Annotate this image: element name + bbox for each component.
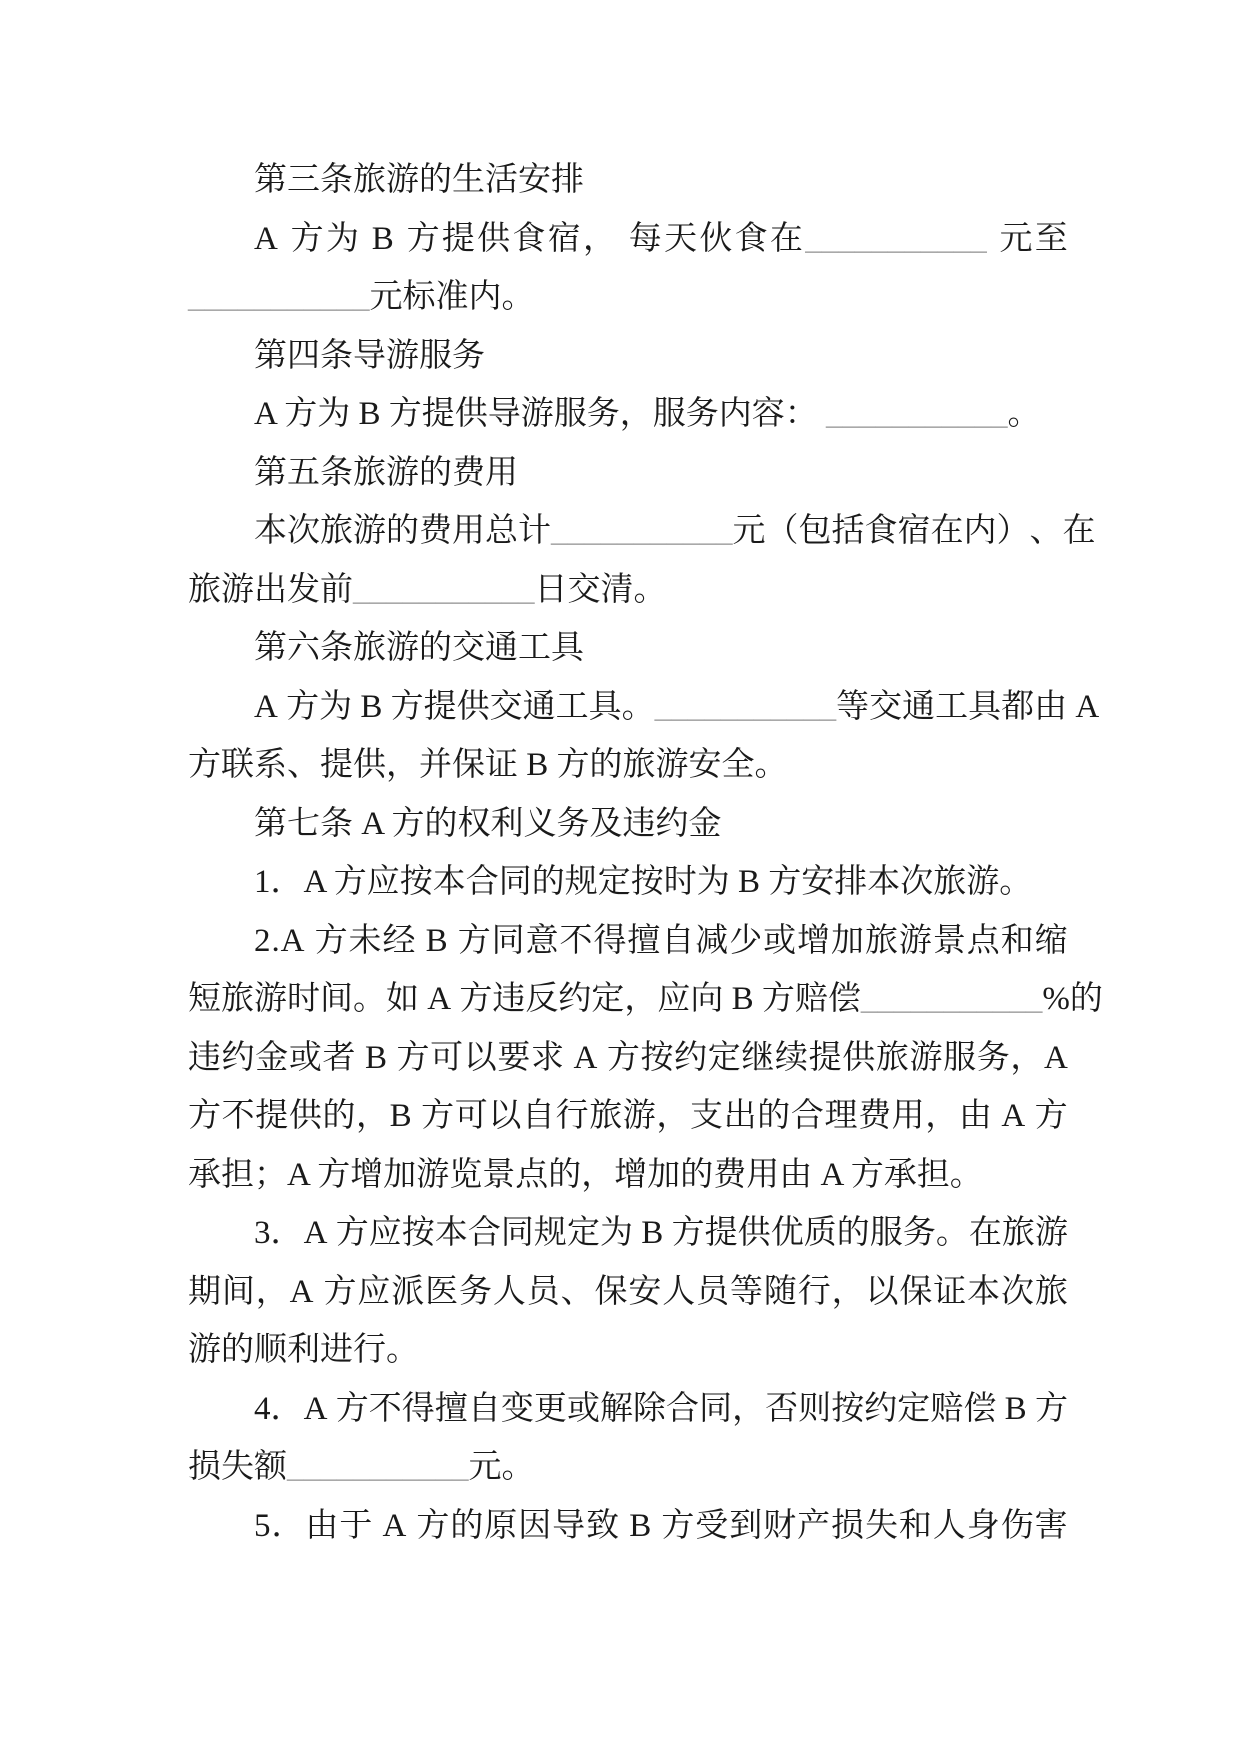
text-char: 财 [763,1497,796,1556]
text-char: A [254,210,278,269]
text-char: 随 [764,1263,797,1322]
text-char: 于 [339,1497,372,1556]
text-run: 方联系、提供，并保证 B 方的旅游安全。 [188,747,788,783]
text-char: 或 [567,1380,600,1439]
text-char: 不 [560,912,593,971]
text-char: 食 [865,502,898,561]
text-char: 应 [357,1263,390,1322]
text-char: 同 [492,912,525,971]
text-char: 不 [222,1087,255,1146]
text-char: 每 [629,210,662,269]
text-char: 合 [791,1087,824,1146]
text-char: 旅 [1035,1263,1068,1322]
text-char: A [281,912,305,971]
text-char: 如 [386,970,419,1029]
text-char: 旅 [865,912,898,971]
text-char: 反 [525,970,558,1029]
text-char: ， [583,210,616,269]
text-char: 约 [674,1029,707,1088]
text-char: 方 [421,1087,454,1146]
text-char: A [427,970,451,1029]
text-char: 游 [623,1087,656,1146]
text-char: 供 [842,1029,875,1088]
text-line: 期间，A 方应派医务人员、保安人员等随行，以保证本次旅 [188,1263,1068,1322]
text-char: 旅 [320,502,353,561]
text-char: 供 [457,678,490,737]
text-run: 游的顺利进行。 [188,1332,419,1368]
text-char: 期 [188,1263,221,1322]
text-char: 务 [977,1029,1010,1088]
text-char: 。 [622,678,655,737]
text-char: 同 [501,1204,534,1263]
text-char: 方 [336,1204,369,1263]
text-char: 在 [770,210,803,269]
text-char: A [574,1029,598,1088]
text-char: ， [1010,1029,1043,1088]
text-char: B [1005,1380,1027,1439]
text-char: 食 [735,210,768,269]
text-char: 元 [733,502,766,561]
text-line: 第七条 A 方的权利义务及违约金 [188,795,1068,854]
text-char: 具 [968,678,1001,737]
blank-underline: ___________ [353,572,535,608]
text-char [598,1029,606,1088]
text-run: 日交清。 [535,572,667,608]
text-char: 继 [741,1029,774,1088]
text-char: 定 [708,1029,741,1088]
text-char: 提 [442,210,475,269]
text-char [419,970,427,1029]
text-run: 第五条旅游的费用 [254,455,518,491]
text-char: 方 [291,210,324,269]
text-char: 减 [695,912,728,971]
text-char: 应 [657,970,690,1029]
text-char: 游 [1035,1204,1068,1263]
text-char: 赔 [795,970,828,1029]
text-char [280,210,288,269]
text-char [327,1380,335,1439]
text-line: 4．A 方不得擅自变更或解除合同，否则按约定赔偿 B 方 [188,1380,1068,1439]
text-char: 的 [757,1087,790,1146]
text-char: 人 [493,1263,526,1322]
text-char: 供 [289,1087,322,1146]
text-line: 游的顺利进行。 [188,1321,1068,1380]
text-char: 损 [831,1497,864,1556]
text-char [652,1497,660,1556]
text-char: 工 [935,678,968,737]
text-char: A [304,1380,328,1439]
text-char [620,1497,628,1556]
text-char: 方 [397,1029,430,1088]
text-char: 赔 [930,1380,963,1439]
text-char: B [629,1497,651,1556]
text-run: 元标准内。 [370,279,535,315]
text-char: 则 [798,1380,831,1439]
text-char: 出 [724,1087,757,1146]
text-char: B [365,1029,387,1088]
text-char: 总 [485,502,518,561]
text-char: 应 [369,1204,402,1263]
text-run: 元。 [469,1449,535,1485]
text-char: 不 [369,1380,402,1439]
text-line: 2.A 方未经 B 方同意不得擅自减少或增加旅游景点和缩 [188,912,1068,971]
text-run: 第四条导游服务 [254,338,485,374]
text-char: 提 [424,678,457,737]
blank-underline: ___________ [551,502,733,561]
text-char: 失 [865,1497,898,1556]
text-char: 证 [933,1263,966,1322]
text-char: 意 [526,912,559,971]
text-char: 游 [899,912,932,971]
text-char: 更 [534,1380,567,1439]
text-char: 计 [518,502,551,561]
text-char: 在 [931,502,964,561]
text-char: 按 [831,1380,864,1439]
text-char: 等 [730,1263,763,1322]
text-char: 的 [1070,970,1103,1029]
text-char: 少 [729,912,762,971]
blank-underline: ___________ [826,396,1008,432]
text-char: 服 [943,1029,976,1088]
text-line: 第三条旅游的生活安排 [188,151,1068,210]
text-char: B [360,678,382,737]
text-char: 。 [936,1204,969,1263]
text-char: 由 [1034,678,1067,737]
text-char: 定 [897,1380,930,1439]
text-char [396,210,404,269]
text-char: 经 [382,912,415,971]
text-char: 服 [870,1204,903,1263]
text-line: 第四条导游服务 [188,327,1068,386]
text-char [314,1263,322,1322]
text-char [327,1204,335,1263]
text-char: 元 [1000,210,1033,269]
text-char: B [641,1204,663,1263]
text-char: 方 [391,678,424,737]
text-char: 游 [353,502,386,561]
text-char [989,210,997,269]
text-char: 员 [527,1263,560,1322]
text-char: A [304,1204,328,1263]
text-char: 解 [600,1380,633,1439]
text-char: 得 [402,1380,435,1439]
text-char: 产 [797,1497,830,1556]
text-run: 第七条 A 方的权利义务及违约金 [254,806,722,842]
text-char [356,1029,364,1088]
text-char: 约 [222,1029,255,1088]
text-char: 行 [798,1263,831,1322]
text-char: 质 [804,1204,837,1263]
text-char: 间 [320,970,353,1029]
text-char: 到 [729,1497,762,1556]
text-char: 和 [899,1497,932,1556]
text-char [1027,1380,1035,1439]
text-line: A 方为 B 方提供导游服务，服务内容： ___________。 [188,385,1068,444]
blank-underline: ___________ [188,279,370,315]
text-char [382,678,390,737]
text-char: 害 [1035,1497,1068,1556]
text-char: 方 [323,1263,356,1322]
text-char: 致 [586,1497,619,1556]
text-char: 至 [1035,210,1068,269]
text-char: 3 [254,1204,271,1263]
text-char: 要 [497,1029,530,1088]
text-char: 规 [534,1204,567,1263]
text-char: 定 [567,1204,600,1263]
text-char [663,1204,671,1263]
text-char: 擅 [435,1380,468,1439]
text-char: 方 [336,1380,369,1439]
text-char: 景 [933,912,966,971]
text-char: 旅 [589,1087,622,1146]
text-char: 游 [909,1029,942,1088]
text-char [1067,678,1075,737]
text-char: 方 [672,1204,705,1263]
text-char: 或 [289,1029,322,1088]
text-char: 为 [319,678,352,737]
text-char: 时 [287,970,320,1029]
text-char: 提 [255,1087,288,1146]
text-char: 短 [188,970,221,1029]
text-run: 损失额 [188,1449,287,1485]
text-char: B [732,970,754,1029]
text-char: 自 [522,1087,555,1146]
text-char: 员 [696,1263,729,1322]
text-char: 理 [824,1087,857,1146]
text-char: 保 [899,1263,932,1322]
text-char: 可 [430,1029,463,1088]
text-line: ___________元标准内。 [188,268,1068,327]
text-run: 旅游出发前 [188,572,353,608]
text-char [1026,1087,1034,1146]
text-char: 以 [464,1029,497,1088]
text-char: 未 [349,912,382,971]
text-char: 偿 [828,970,861,1029]
text-char: 的 [450,1497,483,1556]
text-char: 游 [254,970,287,1029]
text-char: B [390,1087,412,1146]
text-char: 金 [255,1029,288,1088]
text-char: 偿 [963,1380,996,1439]
text-char: 向 [690,970,723,1029]
text-char: 方 [188,1087,221,1146]
text-char: 内 [964,502,997,561]
text-char [361,210,369,269]
text-char: 医 [425,1263,458,1322]
text-line: 第六条旅游的交通工具 [188,619,1068,678]
text-char: 旅 [876,1029,909,1088]
text-char: 2 [254,912,271,971]
text-char: ， [732,1380,765,1439]
text-char: 擅 [627,912,660,971]
text-char: 加 [831,912,864,971]
text-char: 违 [188,1029,221,1088]
text-char: 变 [501,1380,534,1439]
text-char: 4 [254,1380,271,1439]
blank-underline: ___________ [805,210,987,269]
text-char: 可 [455,1087,488,1146]
text-char: A [382,1497,406,1556]
text-line: 旅游出发前___________日交清。 [188,561,1068,620]
text-char: 方 [286,678,319,737]
text-char: 合 [468,1204,501,1263]
text-char: 间 [222,1263,255,1322]
text-char: A [1044,1029,1068,1088]
text-char: 按 [402,1204,435,1263]
text-char: 、 [561,1263,594,1322]
text-char: 或 [763,912,796,971]
text-char [388,1029,396,1088]
text-char: 求 [531,1029,564,1088]
text-char: 定 [591,970,624,1029]
text-char: 以 [488,1087,521,1146]
text-char: 续 [775,1029,808,1088]
text-char: 、 [1030,502,1063,561]
text-char: 自 [468,1380,501,1439]
text-char: 5 [254,1497,271,1556]
text-char: A [1075,678,1099,737]
text-char: ． [271,1204,304,1263]
text-char: 通 [902,678,935,737]
text-char: 安 [628,1263,661,1322]
text-char: 派 [391,1263,424,1322]
text-char: 除 [633,1380,666,1439]
text-char: 次 [1001,1263,1034,1322]
text-char: 括 [832,502,865,561]
text-char: 者 [323,1029,356,1088]
text-char: 本 [254,502,287,561]
text-char: 由 [305,1497,338,1556]
text-char: 天 [664,210,697,269]
text-char: ， [925,1087,958,1146]
text-char: ， [256,1263,289,1322]
text-char [993,1087,1001,1146]
text-char: 具 [589,678,622,737]
text-char [633,1204,641,1263]
text-line: 违约金或者 B 方可以要求 A 方按约定继续提供旅游服务，A [188,1029,1068,1088]
text-char: 方 [458,912,491,971]
text-char: ， [624,970,657,1029]
text-char: 方 [416,1497,449,1556]
text-char [565,1029,573,1088]
text-char: 伙 [699,210,732,269]
text-line: 损失额___________元。 [188,1438,1068,1497]
text-run: 第三条旅游的生活安排 [254,162,584,198]
text-char: A [290,1263,314,1322]
text-char: % [1042,970,1070,1029]
text-char: 食 [512,210,545,269]
text-char: 交 [869,678,902,737]
text-char [278,678,286,737]
text-line: 方联系、提供，并保证 B 方的旅游安全。 [188,736,1068,795]
text-char: A [1001,1087,1025,1146]
text-char: ） [997,502,1030,561]
text-char: 由 [959,1087,992,1146]
text-line: 5．由于 A 方的原因导致 B 方受到财产损失和人身伤害 [188,1497,1068,1556]
text-char: 交 [490,678,523,737]
text-char: 本 [435,1204,468,1263]
text-char: 旅 [221,970,254,1029]
text-char: 同 [699,1380,732,1439]
text-char: 供 [738,1204,771,1263]
text-char [407,1497,415,1556]
text-char: 行 [556,1087,589,1146]
text-char: 方 [1035,1087,1068,1146]
text-char: 等 [836,678,869,737]
text-char: A [254,678,278,737]
blank-underline: ___________ [287,1449,469,1485]
text-char: 支 [690,1087,723,1146]
text-char: 否 [765,1380,798,1439]
text-char: 原 [484,1497,517,1556]
text-line: A 方为 B 方提供食宿， 每天伙食在___________ 元至 [188,210,1068,269]
text-char: 费 [419,502,452,561]
text-char: . [271,912,279,971]
text-char: 宿 [548,210,581,269]
text-char: 因 [518,1497,551,1556]
page: 第三条旅游的生活安排A 方为 B 方提供食宿， 每天伙食在___________… [0,0,1241,1754]
text-char [412,1087,420,1146]
text-char: 务 [903,1204,936,1263]
text-char: 方 [607,1029,640,1088]
text-char: 保 [594,1263,627,1322]
text-char [449,912,457,971]
text-char: 工 [556,678,589,737]
text-line: 第五条旅游的费用 [188,444,1068,503]
text-char: 旅 [1002,1204,1035,1263]
text-char: ． [271,1380,304,1439]
text-line: 3．A 方应按本合同规定为 B 方提供优质的服务。在旅游 [188,1204,1068,1263]
text-char: 供 [477,210,510,269]
text-line: 短旅游时间。如 A 方违反约定，应向 B 方赔偿___________%的 [188,970,1068,1029]
text-char: 在 [1063,502,1096,561]
text-char: 次 [287,502,320,561]
text-char [305,912,313,971]
text-line: 本次旅游的费用总计___________元（包括食宿在内）、在 [188,502,1068,561]
text-char: 方 [459,970,492,1029]
text-char: 方 [762,970,795,1029]
text-char: 用 [452,502,485,561]
text-char [352,678,360,737]
text-char: 人 [933,1497,966,1556]
text-char: 违 [492,970,525,1029]
text-char: 在 [969,1204,1002,1263]
text-char: 的 [322,1087,355,1146]
text-char: 自 [661,912,694,971]
text-char: B [372,210,394,269]
text-char: B [426,912,448,971]
text-char: ， [656,1087,689,1146]
text-char: 为 [326,210,359,269]
text-char: 以 [865,1263,898,1322]
text-run: 。 [1008,396,1041,432]
text-char: 务 [459,1263,492,1322]
text-char: 都 [1001,678,1034,737]
text-char: （ [766,502,799,561]
text-char: 伤 [1001,1497,1034,1556]
text-char: 点 [967,912,1000,971]
text-char: 合 [666,1380,699,1439]
text-char: ， [832,1263,865,1322]
text-line: 1．A 方应按本合同的规定按时为 B 方安排本次旅游。 [188,853,1068,912]
text-char: ， [356,1087,389,1146]
text-char: 人 [662,1263,695,1322]
text-char [754,970,762,1029]
blank-underline: ___________ [861,970,1043,1029]
text-char: 提 [809,1029,842,1088]
text-char: 得 [593,912,626,971]
text-char: 。 [353,970,386,1029]
